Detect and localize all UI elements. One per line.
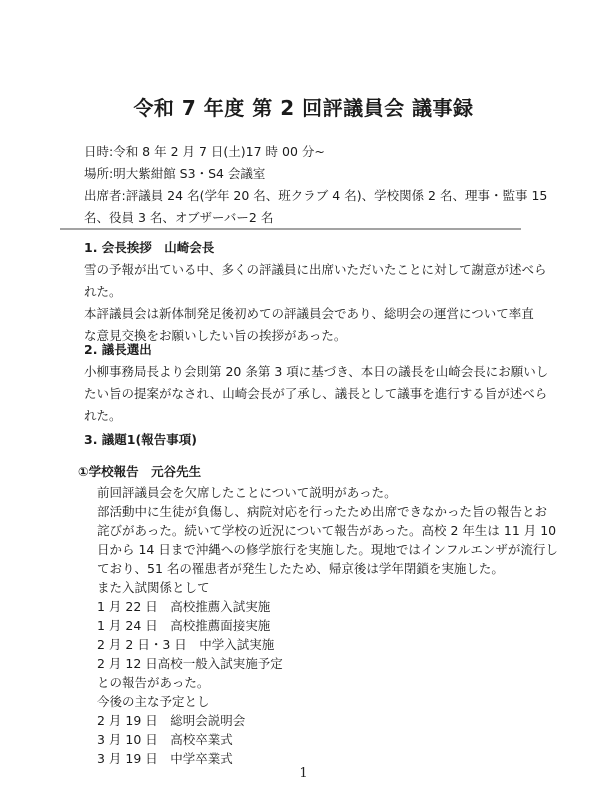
meta-block: 日時:令和 8 年 2 月 7 日(土)17 時 00 分~ 場所:明大紫紺館 …: [84, 141, 547, 229]
section-2-line: れた。: [84, 405, 548, 427]
page-number: 1: [0, 766, 607, 781]
school-report-line: ており、51 名の罹患者が発生したため、帰京後は学年閉鎖を実施した。: [97, 559, 558, 578]
section-chair-election: 2. 議長選出 小柳事務局長より会則第 20 条第 3 項に基づき、本日の議長を…: [84, 339, 548, 427]
section-school-report: ①学校報告 元谷先生 前回評議員会を欠席したことについて説明があった。 部活動中…: [84, 461, 558, 768]
section-1-line: 本評議員会は新体制発足後初めての評議員会であり、総明会の運営について率直: [84, 303, 547, 325]
section-1-heading: 1. 会長挨拶 山崎会長: [84, 237, 547, 259]
document-page: 令和 7 年度 第 2 回評議員会 議事録 日時:令和 8 年 2 月 7 日(…: [0, 0, 607, 800]
school-report-line: また入試関係として: [97, 578, 558, 597]
section-agenda-1: 3. 議題1(報告事項): [84, 429, 197, 451]
upcoming-event-line: 3 月 10 日 高校卒業式: [97, 730, 558, 749]
meta-line-place: 場所:明大紫紺館 S3・S4 会議室: [84, 163, 547, 185]
school-report-line: との報告があった。: [97, 673, 558, 692]
divider-line: [60, 228, 521, 230]
section-1-line: 雪の予報が出ている中、多くの評議員に出席いただいたことに対して謝意が述べら: [84, 259, 547, 281]
section-chairman-greeting: 1. 会長挨拶 山崎会長 雪の予報が出ている中、多くの評議員に出席いただいたこと…: [84, 237, 547, 347]
section-1-line: れた。: [84, 281, 547, 303]
school-report-heading: ①学校報告 元谷先生: [78, 461, 558, 483]
meta-line-datetime: 日時:令和 8 年 2 月 7 日(土)17 時 00 分~: [84, 141, 547, 163]
exam-schedule-line: 1 月 24 日 高校推薦面接実施: [97, 616, 558, 635]
school-report-line: 部活動中に生徒が負傷し、病院対応を行ったため出席できなかった旨の報告とお: [97, 502, 558, 521]
section-3-heading: 3. 議題1(報告事項): [84, 429, 197, 451]
upcoming-event-line: 2 月 19 日 総明会説明会: [97, 711, 558, 730]
meta-line-attendees-cont: 名、役員 3 名、オブザーバー2 名: [84, 207, 547, 229]
section-2-line: たい旨の提案がなされ、山崎会長が了承し、議長として議事を進行する旨が述べら: [84, 383, 548, 405]
section-2-line: 小柳事務局長より会則第 20 条第 3 項に基づき、本日の議長を山崎会長にお願い…: [84, 361, 548, 383]
school-report-line: 今後の主な予定とし: [97, 692, 558, 711]
school-report-line: 前回評議員会を欠席したことについて説明があった。: [97, 483, 558, 502]
exam-schedule-line: 2 月 2 日・3 日 中学入試実施: [97, 635, 558, 654]
section-2-heading: 2. 議長選出: [84, 339, 548, 361]
school-report-line: 詫びがあった。続いて学校の近況について報告があった。高校 2 年生は 11 月 …: [97, 521, 558, 540]
page-title: 令和 7 年度 第 2 回評議員会 議事録: [0, 92, 607, 121]
exam-schedule-line: 1 月 22 日 高校推薦入試実施: [97, 597, 558, 616]
meta-line-attendees: 出席者:評議員 24 名(学年 20 名、班クラブ 4 名)、学校関係 2 名、…: [84, 185, 547, 207]
school-report-line: 日から 14 日まで沖縄への修学旅行を実施した。現地ではインフルエンザが流行し: [97, 540, 558, 559]
exam-schedule-line: 2 月 12 日高校一般入試実施予定: [97, 654, 558, 673]
